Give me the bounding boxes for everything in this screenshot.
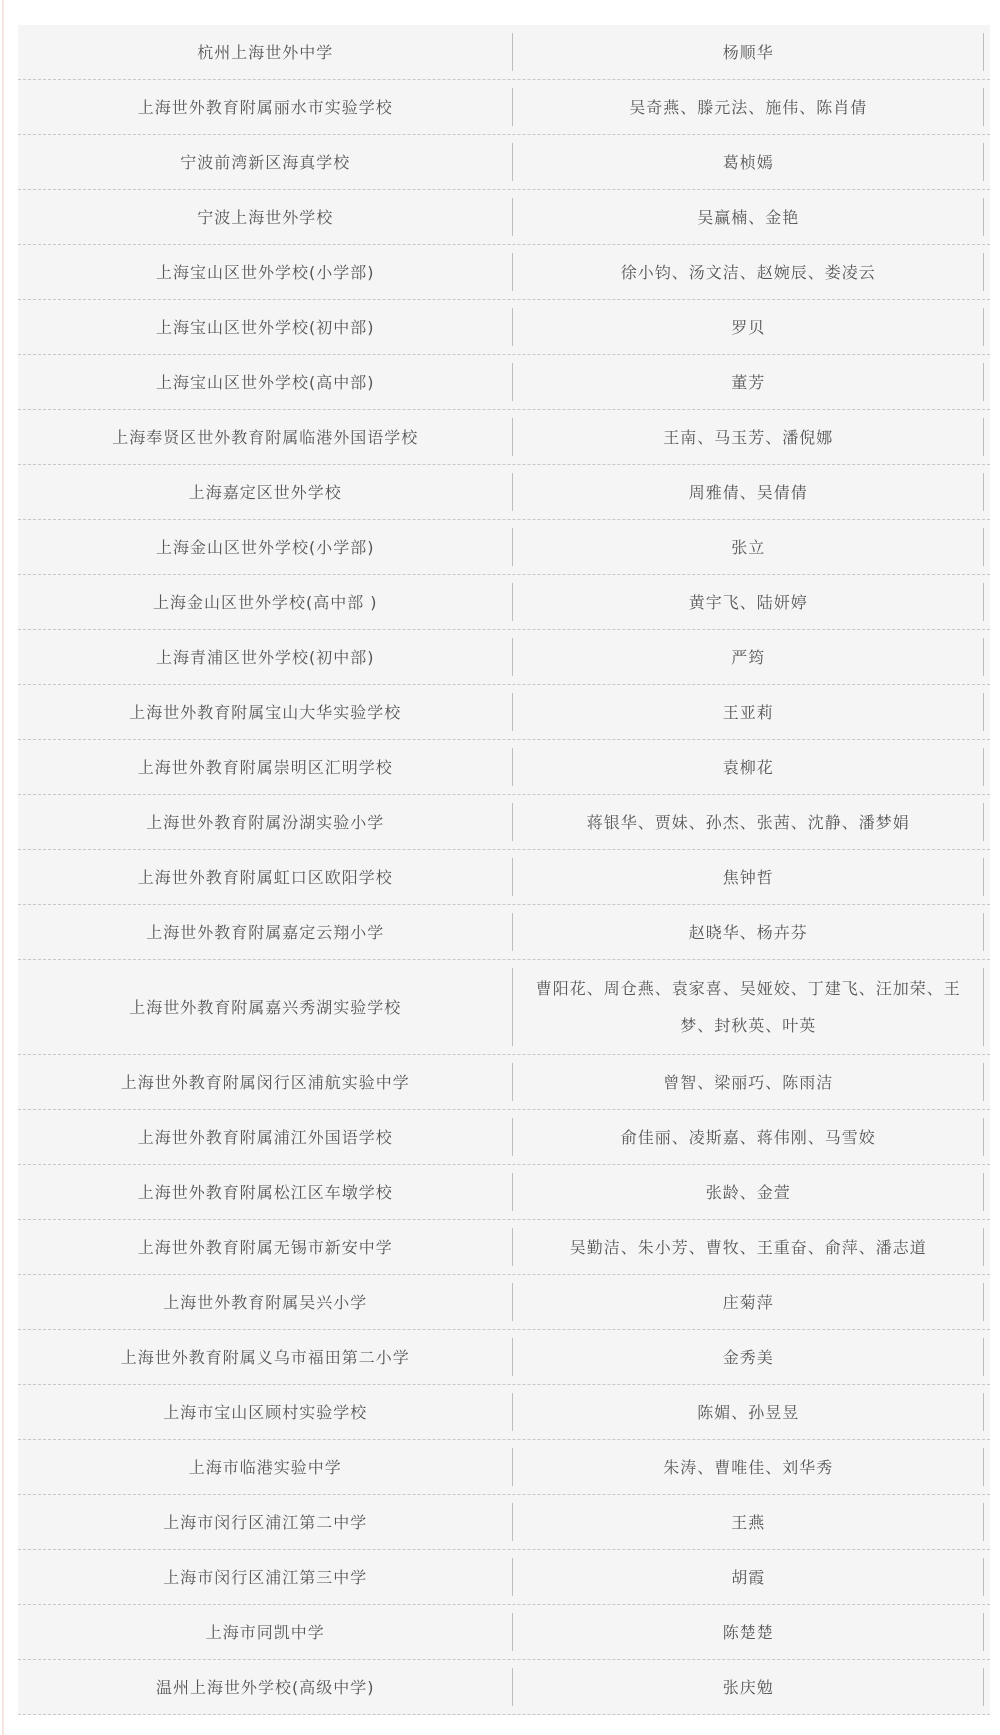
table-right-edge [983, 1550, 990, 1604]
teacher-names-cell: 王亚莉 [513, 685, 983, 739]
school-name-cell: 上海宝山区世外学校(小学部) [18, 245, 512, 299]
school-name-cell: 上海世外教育附属汾湖实验小学 [18, 795, 512, 849]
teacher-names-cell: 吴勤洁、朱小芳、曹牧、王重奋、俞萍、潘志道 [513, 1220, 983, 1274]
table-row: 上海世外教育附属崇明区汇明学校 袁柳花 [18, 740, 990, 795]
table-right-edge [983, 465, 990, 519]
table-row: 杭州上海世外中学 杨顺华 [18, 25, 990, 80]
table-row: 上海市宝山区顾村实验学校 陈媚、孙昱昱 [18, 1385, 990, 1440]
teacher-names-cell: 董芳 [513, 355, 983, 409]
teacher-names-cell: 王燕 [513, 1495, 983, 1549]
school-name-cell: 宁波前湾新区海真学校 [18, 135, 512, 189]
school-name-cell: 上海世外教育附属崇明区汇明学校 [18, 740, 512, 794]
table-right-edge [983, 1385, 990, 1439]
teacher-names-cell: 张立 [513, 520, 983, 574]
table-row: 宁波上海世外学校 吴赢楠、金艳 [18, 190, 990, 245]
table-right-edge [983, 245, 990, 299]
table-right-edge [983, 960, 990, 1054]
school-name-cell: 上海世外教育附属嘉定云翔小学 [18, 905, 512, 959]
table-row: 上海世外教育附属无锡市新安中学 吴勤洁、朱小芳、曹牧、王重奋、俞萍、潘志道 [18, 1220, 990, 1275]
school-name-cell: 上海世外教育附属浦江外国语学校 [18, 1110, 512, 1164]
table-row: 上海金山区世外学校(小学部) 张立 [18, 520, 990, 575]
table-row: 上海世外教育附属义乌市福田第二小学 金秀美 [18, 1330, 990, 1385]
teacher-names-cell: 周雅倩、吴倩倩 [513, 465, 983, 519]
school-name-cell: 上海市闵行区浦江第三中学 [18, 1550, 512, 1604]
table-row: 上海世外教育附属浦江外国语学校 俞佳丽、凌斯嘉、蒋伟刚、马雪姣 [18, 1110, 990, 1165]
school-name-cell: 杭州上海世外中学 [18, 25, 512, 79]
school-name-cell: 上海世外教育附属闵行区浦航实验中学 [18, 1055, 512, 1109]
school-name-cell: 上海奉贤区世外教育附属临港外国语学校 [18, 410, 512, 464]
school-name-cell: 上海世外教育附属无锡市新安中学 [18, 1220, 512, 1274]
table-right-edge [983, 575, 990, 629]
table-right-edge [983, 1055, 990, 1109]
teacher-names-cell: 陈媚、孙昱昱 [513, 1385, 983, 1439]
table-row: 上海世外教育附属宝山大华实验学校 王亚莉 [18, 685, 990, 740]
teacher-names-cell: 蒋银华、贾妹、孙杰、张茜、沈静、潘梦娟 [513, 795, 983, 849]
teacher-names-cell: 张庆勉 [513, 1660, 983, 1714]
school-name-cell: 上海世外教育附属虹口区欧阳学校 [18, 850, 512, 904]
teacher-names-cell: 金秀美 [513, 1330, 983, 1384]
teacher-names-cell: 朱涛、曹唯佳、刘华秀 [513, 1440, 983, 1494]
table-row: 上海宝山区世外学校(初中部) 罗贝 [18, 300, 990, 355]
table-right-edge [983, 740, 990, 794]
table-row: 上海世外教育附属汾湖实验小学 蒋银华、贾妹、孙杰、张茜、沈静、潘梦娟 [18, 795, 990, 850]
school-name-cell: 上海金山区世外学校(高中部 ) [18, 575, 512, 629]
teacher-names-cell: 俞佳丽、凌斯嘉、蒋伟刚、马雪姣 [513, 1110, 983, 1164]
teacher-names-cell: 葛桢嫣 [513, 135, 983, 189]
table-row: 上海世外教育附属闵行区浦航实验中学 曾智、梁丽巧、陈雨洁 [18, 1055, 990, 1110]
teacher-names-cell: 陈楚楚 [513, 1605, 983, 1659]
table-right-edge [983, 520, 990, 574]
table-right-edge [983, 685, 990, 739]
teacher-names-cell: 罗贝 [513, 300, 983, 354]
teacher-names-cell: 黄宇飞、陆妍婷 [513, 575, 983, 629]
table-right-edge [983, 410, 990, 464]
teacher-names-cell: 曹阳花、周仓燕、袁家喜、吴娅姣、丁建飞、汪加荣、王梦、封秋英、叶英 [513, 960, 983, 1054]
table-right-edge [983, 1110, 990, 1164]
table-row: 上海金山区世外学校(高中部 ) 黄宇飞、陆妍婷 [18, 575, 990, 630]
table-right-edge [983, 135, 990, 189]
school-name-cell: 上海世外教育附属义乌市福田第二小学 [18, 1330, 512, 1384]
teacher-names-cell: 杨顺华 [513, 25, 983, 79]
table-right-edge [983, 905, 990, 959]
school-name-cell: 上海青浦区世外学校(初中部) [18, 630, 512, 684]
teacher-names-cell: 吴赢楠、金艳 [513, 190, 983, 244]
table-row: 上海世外教育附属松江区车墩学校 张龄、金萱 [18, 1165, 990, 1220]
table-row: 上海宝山区世外学校(高中部) 董芳 [18, 355, 990, 410]
school-name-cell: 宁波上海世外学校 [18, 190, 512, 244]
page-left-edge [2, 0, 4, 1735]
table-right-edge [983, 1495, 990, 1549]
table-row: 上海世外教育附属嘉兴秀湖实验学校 曹阳花、周仓燕、袁家喜、吴娅姣、丁建飞、汪加荣… [18, 960, 990, 1055]
teacher-names-cell: 王南、马玉芳、潘倪娜 [513, 410, 983, 464]
table-row: 上海世外教育附属丽水市实验学校 吴奇燕、滕元法、施伟、陈肖倩 [18, 80, 990, 135]
table-row: 上海市临港实验中学 朱涛、曹唯佳、刘华秀 [18, 1440, 990, 1495]
table-row: 宁波前湾新区海真学校 葛桢嫣 [18, 135, 990, 190]
teacher-names-cell: 庄菊萍 [513, 1275, 983, 1329]
table-row: 上海世外教育附属嘉定云翔小学 赵晓华、杨卉芬 [18, 905, 990, 960]
school-name-cell: 上海宝山区世外学校(初中部) [18, 300, 512, 354]
table-right-edge [983, 355, 990, 409]
table-row: 上海市闵行区浦江第二中学 王燕 [18, 1495, 990, 1550]
school-name-cell: 上海世外教育附属宝山大华实验学校 [18, 685, 512, 739]
table-right-edge [983, 80, 990, 134]
school-name-cell: 上海市临港实验中学 [18, 1440, 512, 1494]
school-name-cell: 上海宝山区世外学校(高中部) [18, 355, 512, 409]
teacher-names-cell: 袁柳花 [513, 740, 983, 794]
school-name-cell: 上海世外教育附属吴兴小学 [18, 1275, 512, 1329]
table-right-edge [983, 190, 990, 244]
table-row: 上海青浦区世外学校(初中部) 严筠 [18, 630, 990, 685]
table-right-edge [983, 1220, 990, 1274]
table-right-edge [983, 1275, 990, 1329]
school-name-cell: 上海世外教育附属松江区车墩学校 [18, 1165, 512, 1219]
teacher-names-cell: 徐小钧、汤文洁、赵婉辰、娄凌云 [513, 245, 983, 299]
table-row: 上海世外教育附属吴兴小学 庄菊萍 [18, 1275, 990, 1330]
school-name-cell: 上海市同凯中学 [18, 1605, 512, 1659]
school-name-cell: 上海世外教育附属嘉兴秀湖实验学校 [18, 960, 512, 1054]
table-right-edge [983, 1440, 990, 1494]
teacher-names-cell: 胡霞 [513, 1550, 983, 1604]
table-row: 上海市同凯中学 陈楚楚 [18, 1605, 990, 1660]
table-row: 上海市闵行区浦江第三中学 胡霞 [18, 1550, 990, 1605]
teacher-names-cell: 焦钟哲 [513, 850, 983, 904]
table-right-edge [983, 850, 990, 904]
table-row: 上海嘉定区世外学校 周雅倩、吴倩倩 [18, 465, 990, 520]
school-name-cell: 上海世外教育附属丽水市实验学校 [18, 80, 512, 134]
table-right-edge [983, 1330, 990, 1384]
teacher-names-cell: 严筠 [513, 630, 983, 684]
table-row: 上海宝山区世外学校(小学部) 徐小钧、汤文洁、赵婉辰、娄凌云 [18, 245, 990, 300]
teacher-names-cell: 张龄、金萱 [513, 1165, 983, 1219]
school-name-cell: 上海嘉定区世外学校 [18, 465, 512, 519]
teacher-names-cell: 赵晓华、杨卉芬 [513, 905, 983, 959]
table-row: 上海世外教育附属虹口区欧阳学校 焦钟哲 [18, 850, 990, 905]
school-name-cell: 上海金山区世外学校(小学部) [18, 520, 512, 574]
school-name-cell: 上海市闵行区浦江第二中学 [18, 1495, 512, 1549]
school-name-cell: 温州上海世外学校(高级中学) [18, 1660, 512, 1714]
table-right-edge [983, 630, 990, 684]
teacher-names-cell: 曾智、梁丽巧、陈雨洁 [513, 1055, 983, 1109]
table-right-edge [983, 25, 990, 79]
table-right-edge [983, 1605, 990, 1659]
school-teacher-table: 杭州上海世外中学 杨顺华 上海世外教育附属丽水市实验学校 吴奇燕、滕元法、施伟、… [18, 25, 990, 1715]
school-name-cell: 上海市宝山区顾村实验学校 [18, 1385, 512, 1439]
table-row: 温州上海世外学校(高级中学) 张庆勉 [18, 1660, 990, 1715]
teacher-names-cell: 吴奇燕、滕元法、施伟、陈肖倩 [513, 80, 983, 134]
table-right-edge [983, 300, 990, 354]
table-row: 上海奉贤区世外教育附属临港外国语学校 王南、马玉芳、潘倪娜 [18, 410, 990, 465]
table-right-edge [983, 1660, 990, 1714]
table-right-edge [983, 1165, 990, 1219]
table-right-edge [983, 795, 990, 849]
